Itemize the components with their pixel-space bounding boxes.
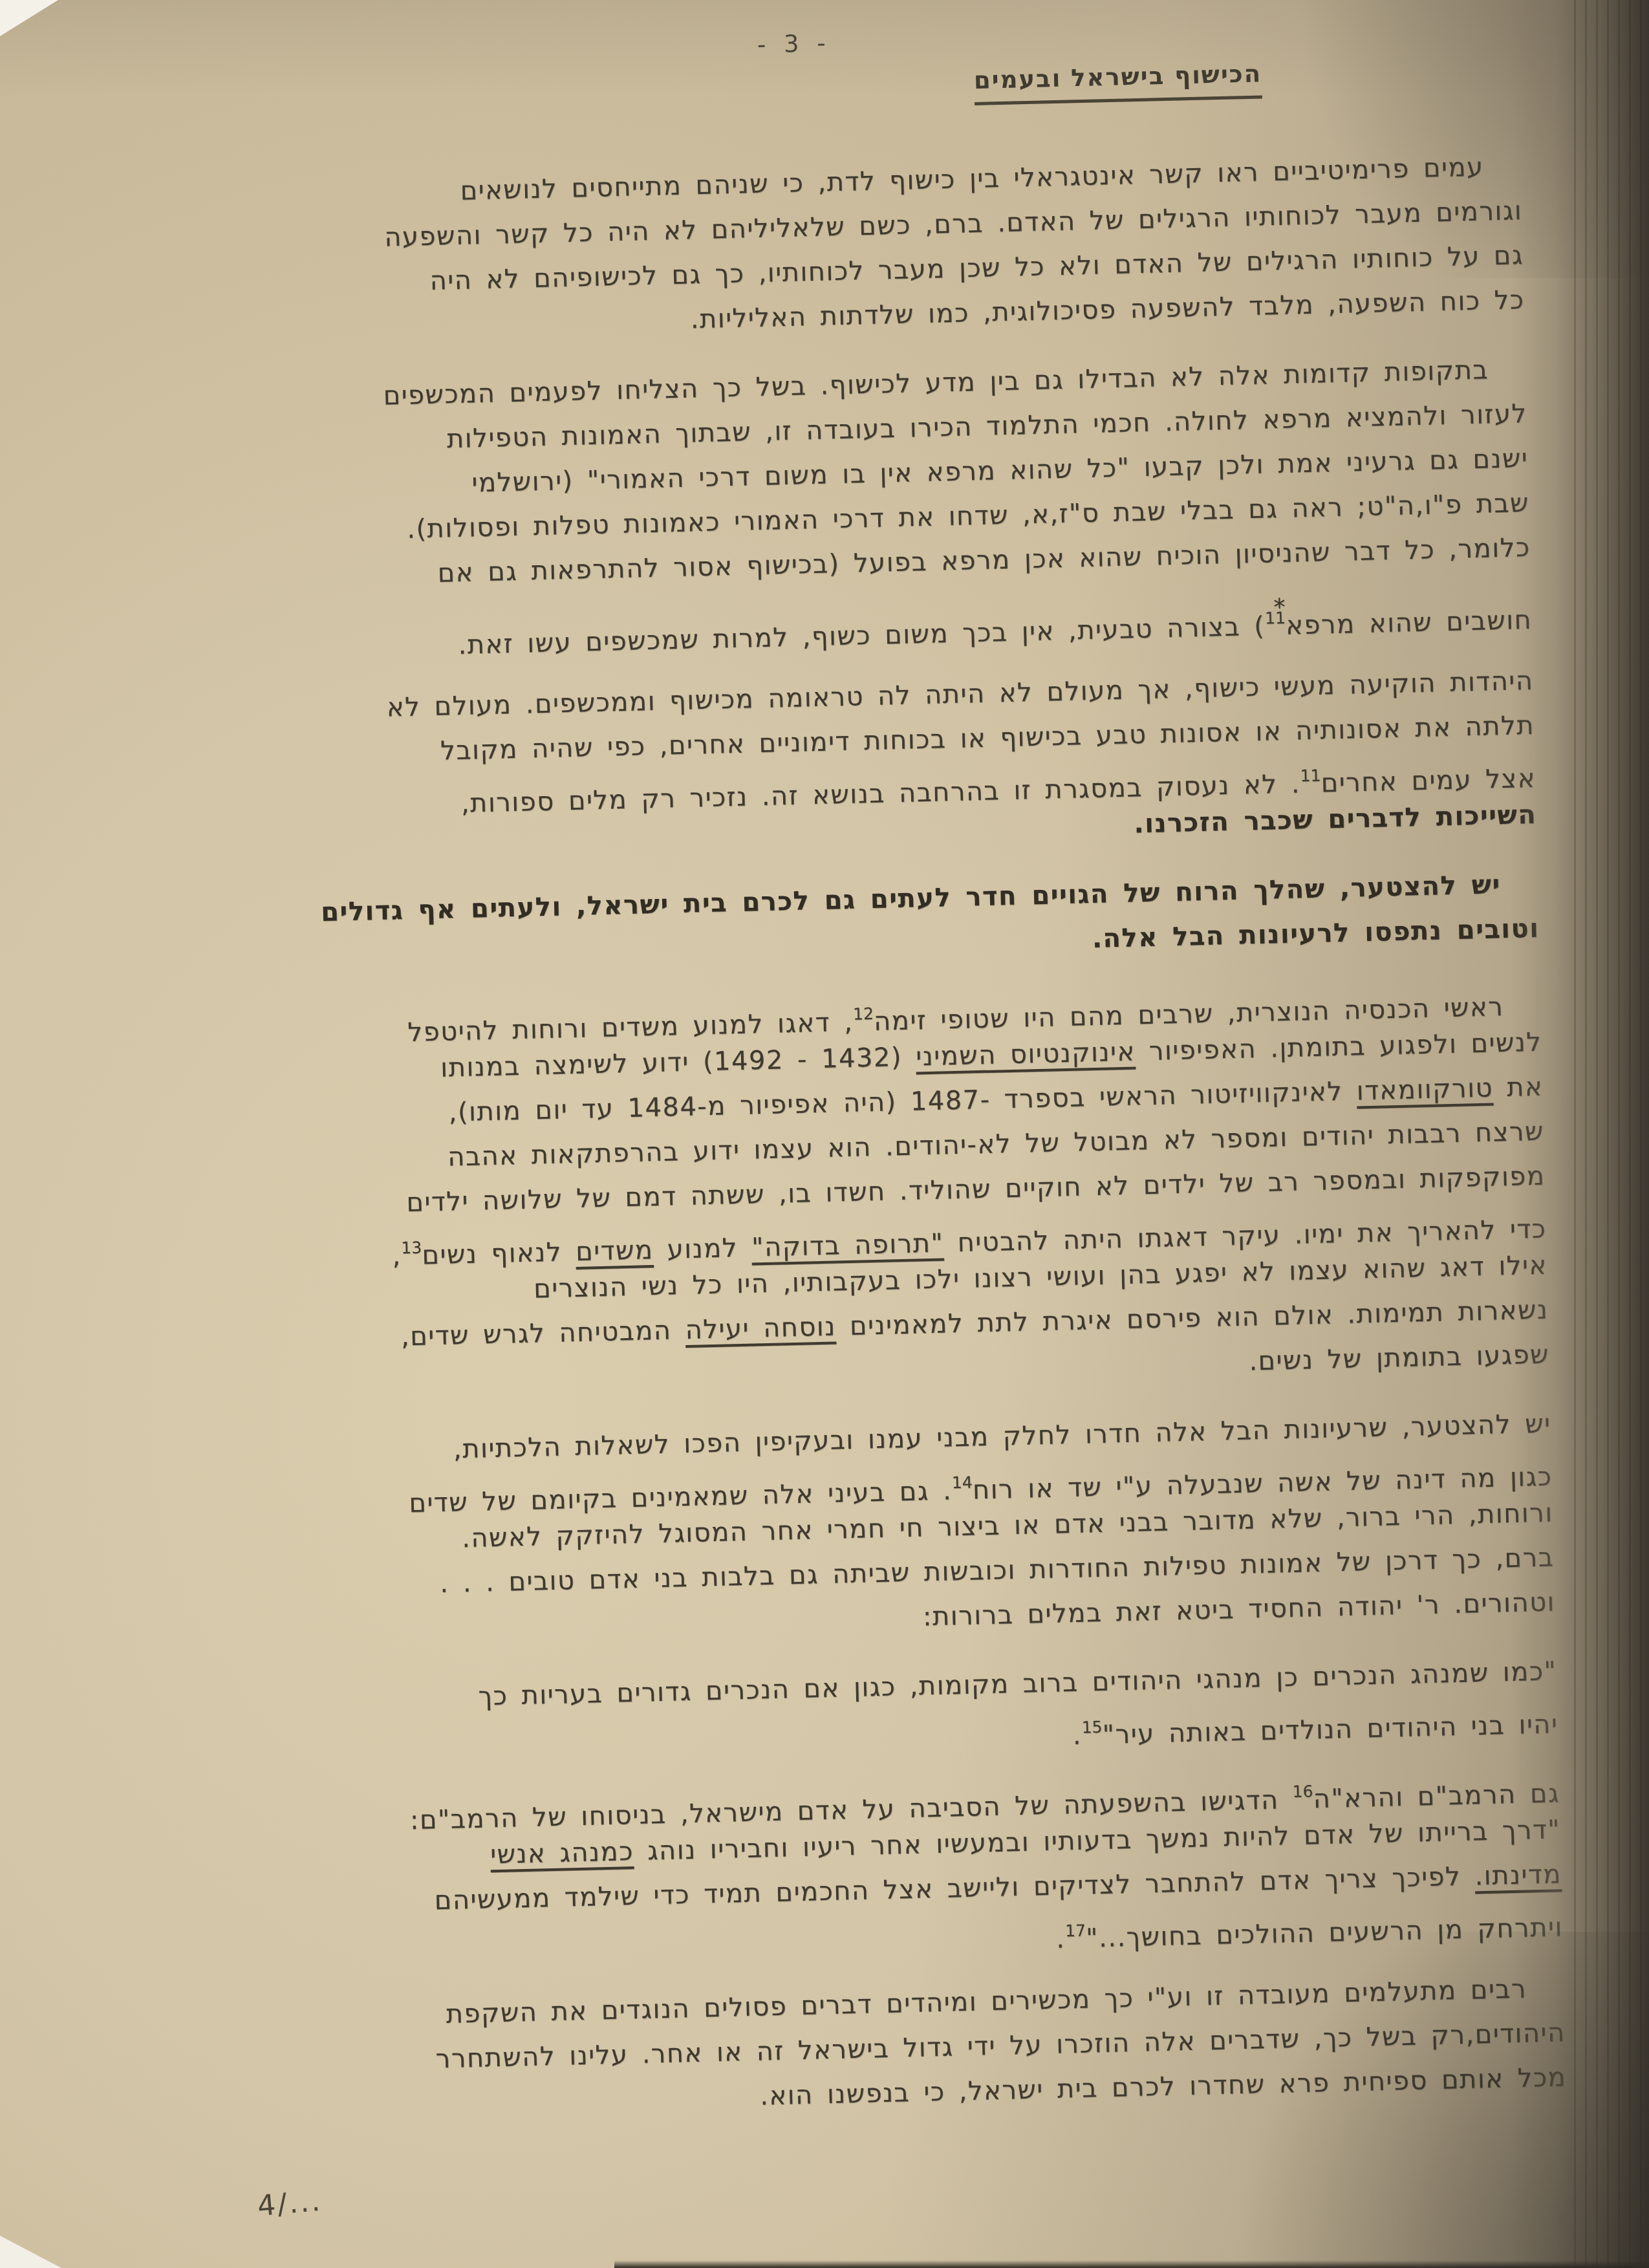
text-run: המבטיחה לגרש שדים,: [400, 1315, 685, 1352]
text-run: וטובים נתפסו לרעיונות הבל אלה.: [1092, 914, 1540, 954]
text-run: טורקוומאדו: [1356, 1073, 1493, 1106]
page-edge-shadow-bottom: [614, 2260, 1649, 2268]
text-run: וטהורים. ר' יהודה החסיד ביטא זאת במלים ב…: [922, 1587, 1555, 1632]
page-title: הכישוף בישראל ובעמים: [973, 59, 1262, 105]
text-run: כמנהג אנשי: [490, 1837, 634, 1870]
text-run: ,: [392, 1241, 402, 1271]
text-run: (1432 - 1492) ידוע לשימצה במנותו: [440, 1042, 916, 1083]
paragraph: "כמו שמנהג הנכרים כן מנהגי היהודים ברוב …: [108, 1649, 1558, 1773]
paragraph: יש להצטער, שרעיונות הבל אלה חדרו לחלק מב…: [102, 1401, 1556, 1659]
text-line: חושבים שהוא מרפא11*) בצורה טבעית, אין בכ…: [83, 590, 1533, 669]
paragraph: בתקופות קדומות אלה לא הבדילו גם בין מדע …: [78, 347, 1533, 669]
paragraph: יש להצטער, שהלך הרוח של הגויים חדר לעתים…: [90, 862, 1540, 986]
text-run: ) בצורה טבעית, אין בכך משום כשוף, למרות …: [458, 612, 1266, 660]
paragraph: היהדות הוקיעה מעשי כישוף, אך מעולם לא הי…: [85, 659, 1537, 872]
text-run: יהיו בני היהודים הנולדים באותה עיר": [1102, 1709, 1558, 1750]
footnote-ref: 12: [853, 1004, 874, 1024]
footnote-ref: 14: [952, 1473, 973, 1493]
footnote-ref: 15: [1081, 1718, 1102, 1737]
scanner-corner-bottom-left: [0, 2236, 61, 2268]
footnote-ref: 17: [1065, 1921, 1086, 1941]
text-run: משדים: [576, 1235, 654, 1267]
stacked-pages-edge: [1565, 0, 1649, 2268]
text-run: אינוקנטיוס השמיני: [916, 1037, 1136, 1072]
text-run: נוסחה יעילה: [685, 1312, 836, 1345]
footnote-ref: 11: [1300, 766, 1320, 786]
paragraph: ראשי הכנסיה הנוצרית, שרבים מהם היו שטופי…: [92, 976, 1550, 1412]
page-content: - 3 - הכישוף בישראל ובעמים עמים פרימיטיב…: [70, 13, 1568, 2159]
scanner-corner-top-left: [0, 0, 58, 36]
footnote-ref: 16: [1292, 1782, 1313, 1801]
asterisk-mark: *: [1273, 585, 1286, 630]
text-run: לנאוף נשים: [422, 1237, 576, 1271]
continuation-mark: 4/...: [256, 2185, 323, 2223]
footnote-ref: 11*: [1265, 609, 1286, 628]
footnote-ref: 13: [401, 1238, 422, 1258]
scanned-page: - 3 - הכישוף בישראל ובעמים עמים פרימיטיב…: [0, 0, 1649, 2268]
text-run: למנוע: [653, 1233, 752, 1266]
text-run: חושבים שהוא מרפא: [1286, 605, 1533, 641]
document-paragraphs: עמים פרימיטיביים ראו קשר אינטגראלי בין כ…: [72, 144, 1567, 2134]
text-run: השייכות לדברים שכבר הזכרנו.: [1134, 800, 1537, 839]
text-run: שפגעו בתומתן של נשים.: [1249, 1339, 1550, 1376]
corner-shadow-bottom-right: [1183, 1932, 1649, 2268]
text-run: לנשים ולפגוע בתומתן. האפיפיור: [1135, 1028, 1542, 1067]
